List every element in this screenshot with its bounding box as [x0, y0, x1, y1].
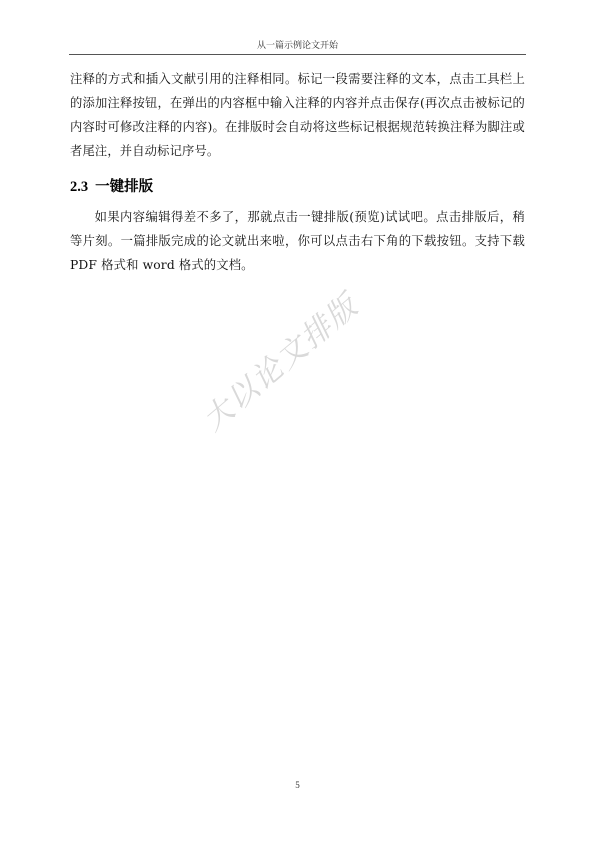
body-paragraph-2: 如果内容编辑得差不多了，那就点击一键排版(预览)试试吧。点击排版后，稍等片刻。一… — [70, 205, 525, 277]
running-header-title: 从一篇示例论文开始 — [257, 41, 338, 51]
document-page: 从一篇示例论文开始 注释的方式和插入文献引用的注释相同。标记一段需要注释的文本，… — [0, 0, 595, 842]
running-header: 从一篇示例论文开始 — [69, 40, 526, 55]
watermark: 大以论文排版 — [191, 282, 366, 439]
section-heading: 2.3一键排版 — [70, 176, 153, 198]
section-title: 一键排版 — [95, 179, 153, 195]
section-number: 2.3 — [70, 179, 88, 195]
body-paragraph-1: 注释的方式和插入文献引用的注释相同。标记一段需要注释的文本，点击工具栏上的添加注… — [70, 67, 525, 163]
page-number: 5 — [0, 780, 595, 790]
